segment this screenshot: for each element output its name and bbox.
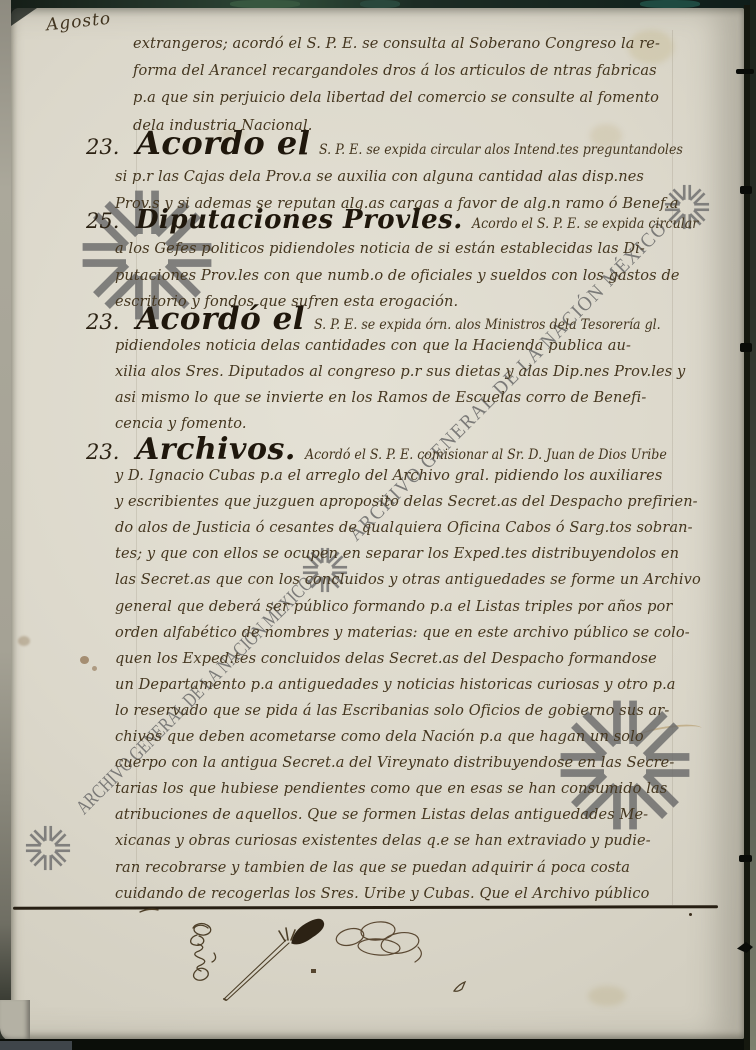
manuscript-line: forma del Arancel recargandoles dros á l… <box>133 61 657 79</box>
manuscript-line: chivos que deben acometarse como dela Na… <box>115 727 644 745</box>
margin-month-label: Agosto <box>45 9 112 36</box>
manuscript-line: cuidando de recogerlas los Sres. Uribe y… <box>115 884 649 902</box>
entry-heading: Diputaciones Provles. <box>136 205 463 235</box>
manuscript-line: general que deberá ser público formando … <box>115 597 672 615</box>
entry-heading-continuation: S. P. E. se expida órn. alos Ministros d… <box>314 317 661 333</box>
manuscript-line: y D. Ignacio Cubas p.a el arreglo del Ar… <box>115 466 662 484</box>
manuscript-line: cencia y fomento. <box>115 414 247 432</box>
manuscript-line: orden alfabético de nombres y materias: … <box>115 623 690 641</box>
manuscript-line: pidiendoles noticia delas cantidades con… <box>115 336 631 354</box>
manuscript-line: quen los Exped.tes concluidos delas Secr… <box>115 649 657 667</box>
manuscript-line: asi mismo lo que se invierte en los Ramo… <box>115 388 646 406</box>
manuscript-text: Agosto extrangeros; acordó el S. P. E. s… <box>0 0 756 1050</box>
ink-speck <box>311 969 316 973</box>
entry-day-number: 23. <box>86 310 136 334</box>
entry-heading-continuation: Acordó el S. P. E. comisionar al Sr. D. … <box>305 447 667 463</box>
entry-heading: Archivos. <box>136 432 296 467</box>
entry-heading-continuation: S. P. E. se expida circular alos Intend.… <box>319 142 683 158</box>
entry-heading-row: 23.Acordó elS. P. E. se expida órn. alos… <box>86 301 699 337</box>
entry-day-number: 23. <box>86 135 136 159</box>
manuscript-line: xicanas y obras curiosas existentes dela… <box>115 831 651 849</box>
manuscript-line: p.a que sin perjuicio dela libertad del … <box>133 88 659 106</box>
manuscript-line: do alos de Justicia ó cesantes de qualqu… <box>115 518 693 536</box>
manuscript-line: atribuciones de aquellos. Que se formen … <box>115 805 648 823</box>
manuscript-line: las Secret.as que con los concluidos y o… <box>115 570 701 588</box>
entry-heading-row: 23.Acordo elS. P. E. se expida circular … <box>86 124 724 162</box>
ink-speck <box>140 909 158 912</box>
quill-pen-sketch <box>224 919 324 1000</box>
manuscript-line: putaciones Prov.les con que numb.o de of… <box>115 266 680 284</box>
loop-scribbles <box>334 920 421 962</box>
ink-doodles <box>128 903 488 1013</box>
entry-day-number: 25. <box>86 209 136 233</box>
manuscript-line: ran recobrarse y tambien de las que se p… <box>115 858 630 876</box>
entry-heading-row: 23.Archivos.Acordó el S. P. E. comisiona… <box>86 432 707 467</box>
monogram-scribble <box>191 924 216 981</box>
manuscript-line: cuerpo con la antigua Secret.a del Virey… <box>115 753 674 771</box>
manuscript-line: lo reservado que se pida á las Escribani… <box>115 701 669 719</box>
manuscript-line: a los Gefes politicos pidiendoles notici… <box>115 239 645 257</box>
manuscript-line: tes; y que con ellos se ocupen en separa… <box>115 544 679 562</box>
manuscript-line: si p.r las Cajas dela Prov.a se auxilia … <box>115 167 644 185</box>
entry-heading: Acordo el <box>136 124 310 162</box>
manuscript-line: extrangeros; acordó el S. P. E. se consu… <box>133 34 660 52</box>
manuscript-scan: ARCHIVO GENERAL DE LA NACIÓN MÉXICO ARCH… <box>0 0 756 1050</box>
ink-speck <box>454 982 465 991</box>
manuscript-line: y escribientes que juzguen aproposito de… <box>115 492 698 510</box>
entry-heading: Acordó el <box>136 301 305 337</box>
entry-heading-continuation: Acordo el S. P. E. se expida circular <box>472 216 698 232</box>
manuscript-line: xilia alos Sres. Diputados al congreso p… <box>115 362 685 380</box>
manuscript-line: tarias los que hubiese pendientes como q… <box>115 779 667 797</box>
entry-day-number: 23. <box>86 440 136 464</box>
entry-heading-row: 25.Diputaciones Provles.Acordo el S. P. … <box>86 205 723 235</box>
manuscript-line: un Departamento p.a antiguedades y notic… <box>115 675 676 693</box>
